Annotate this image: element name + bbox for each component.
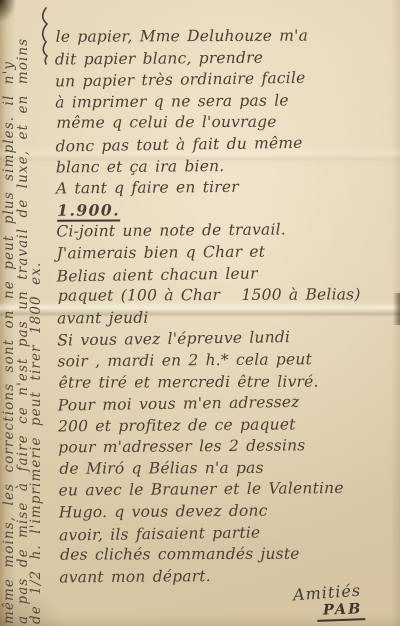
letter-line: 200 et profitez de ce paquet — [58, 413, 395, 438]
letter-line: à imprimer q ne sera pas le — [55, 89, 392, 114]
letter-page: même moins, les corrections sont on ne p… — [0, 0, 400, 626]
margin-note-line-3: de 1/2 h. l'imprimerie peut tirer 1800 e… — [28, 262, 44, 624]
letter-line: 1.900. — [57, 198, 393, 221]
letter-line: A tant q faire en tirer — [56, 176, 393, 201]
letter-line: soir , mardi en 2 h.* cela peut — [57, 348, 394, 373]
letter-line: Ci-joint une note de travail. — [56, 219, 393, 244]
letter-line: le papier, Mme Deluhouze m'a — [56, 25, 392, 48]
letter-line: paquet (100 à Char 1500 à Belias) — [58, 284, 394, 307]
letter-line: blanc et ça ira bien. — [56, 154, 393, 179]
letter-line: eu avec le Brauner et le Valentine — [59, 478, 396, 503]
letter-line: même q celui de l'ouvrage — [56, 112, 392, 135]
letter-line: de Miró q Bélias n'a pas — [59, 457, 395, 480]
ink-flourish — [36, 6, 54, 66]
letter-line: pour m'adresser les 2 dessins — [58, 435, 395, 460]
signature: PAB — [317, 600, 366, 622]
letter-body: le papier, Mme Deluhouze m'adit papier b… — [55, 25, 397, 589]
letter-line: des clichés commandés juste — [60, 544, 396, 567]
paper-corner-shadow — [0, 0, 16, 22]
